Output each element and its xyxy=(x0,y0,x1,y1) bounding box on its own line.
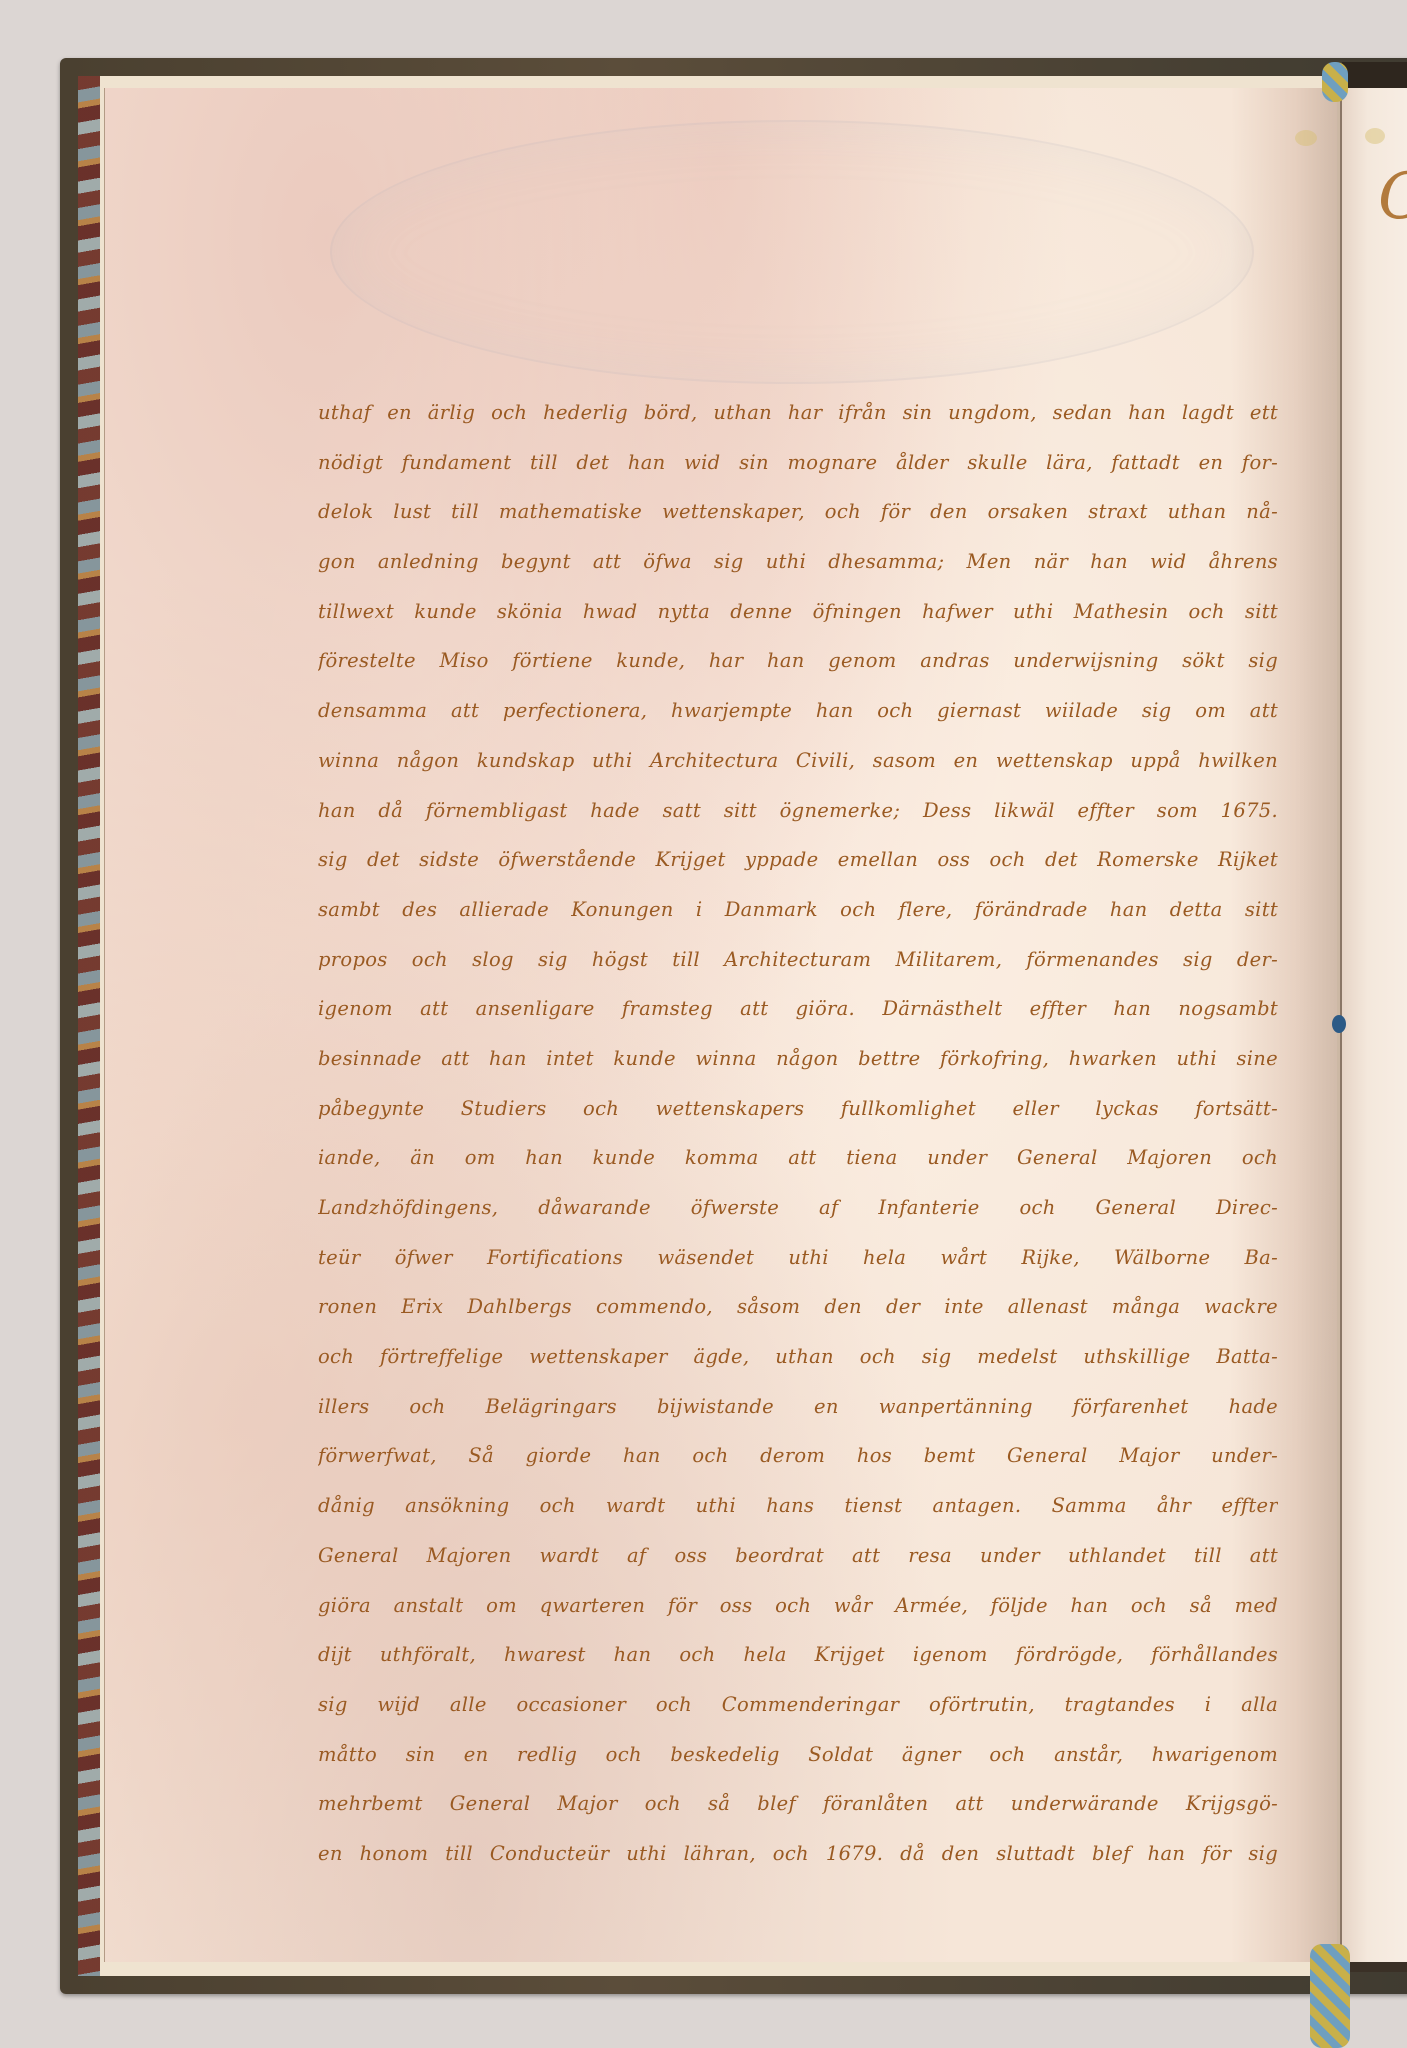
text-line: densamma att perfectionera, hwarjempte h… xyxy=(318,686,1278,736)
watermark-flourish xyxy=(330,120,1254,384)
text-line: teür öfwer Fortifications wäsendet uthi … xyxy=(318,1233,1278,1283)
text-line: Landzhöfdingens, dåwarande öfwerste af I… xyxy=(318,1183,1278,1233)
facing-page-initial: C xyxy=(1378,160,1407,234)
glue-stain xyxy=(1365,128,1385,144)
text-line: gon anledning begynt att öfwa sig uthi d… xyxy=(318,537,1278,587)
text-line: winna någon kundskap uthi Architectura C… xyxy=(318,736,1278,786)
text-line: giöra anstalt om qwarteren för oss och w… xyxy=(318,1581,1278,1631)
bookmark-ribbon-top xyxy=(1322,62,1348,102)
text-line: sambt des allierade Konungen i Danmark o… xyxy=(318,885,1278,935)
text-line: han då förnembligast hade satt sitt ögne… xyxy=(318,786,1278,836)
text-line: besinnade att han intet kunde winna någo… xyxy=(318,1034,1278,1084)
text-line: sig det sidste öfwerstående Krijget yppa… xyxy=(318,835,1278,885)
text-line: dijt uthföralt, hwarest han och hela Kri… xyxy=(318,1630,1278,1680)
text-line: tillwext kunde skönia hwad nytta denne ö… xyxy=(318,587,1278,637)
text-line: ronen Erix Dahlbergs commendo, såsom den… xyxy=(318,1282,1278,1332)
binding-thread-icon xyxy=(1332,1015,1346,1033)
text-line: illers och Belägringars bijwistande en w… xyxy=(318,1382,1278,1432)
text-line: påbegynte Studiers och wettenskapers ful… xyxy=(318,1084,1278,1134)
text-line: en honom till Conducteür uthi lähran, oc… xyxy=(318,1829,1278,1879)
text-line: igenom att ansenligare framsteg att giör… xyxy=(318,984,1278,1034)
text-line: delok lust till mathematiske wettenskape… xyxy=(318,487,1278,537)
text-line: förwerfwat, Så giorde han och derom hos … xyxy=(318,1431,1278,1481)
text-line: och förtreffelige wettenskaper ägde, uth… xyxy=(318,1332,1278,1382)
facing-page xyxy=(1342,88,1407,1962)
text-line: propos och slog sig högst till Architect… xyxy=(318,935,1278,985)
text-line: måtto sin en redlig och beskedelig Solda… xyxy=(318,1730,1278,1780)
bookmark-ribbon-bottom[interactable] xyxy=(1310,1944,1350,2048)
text-line: förestelte Miso förtiene kunde, har han … xyxy=(318,636,1278,686)
manuscript-text: uthaf en ärlig och hederlig börd, uthan … xyxy=(318,388,1278,1879)
text-line: iande, än om han kunde komma att tiena u… xyxy=(318,1133,1278,1183)
facing-cover-top xyxy=(1342,62,1407,88)
text-line: General Majoren wardt af oss beordrat at… xyxy=(318,1531,1278,1581)
text-line: sig wijd alle occasioner och Commenderin… xyxy=(318,1680,1278,1730)
text-line: dånig ansökning och wardt uthi hans tien… xyxy=(318,1481,1278,1531)
text-line: mehrbemt General Major och så blef föran… xyxy=(318,1779,1278,1829)
facing-cover-bottom xyxy=(1342,1962,1407,1972)
marbled-endpaper-edge xyxy=(78,76,100,1976)
glue-stain xyxy=(1295,130,1317,146)
text-line: nödigt fundament till det han wid sin mo… xyxy=(318,438,1278,488)
text-line: uthaf en ärlig och hederlig börd, uthan … xyxy=(318,388,1278,438)
